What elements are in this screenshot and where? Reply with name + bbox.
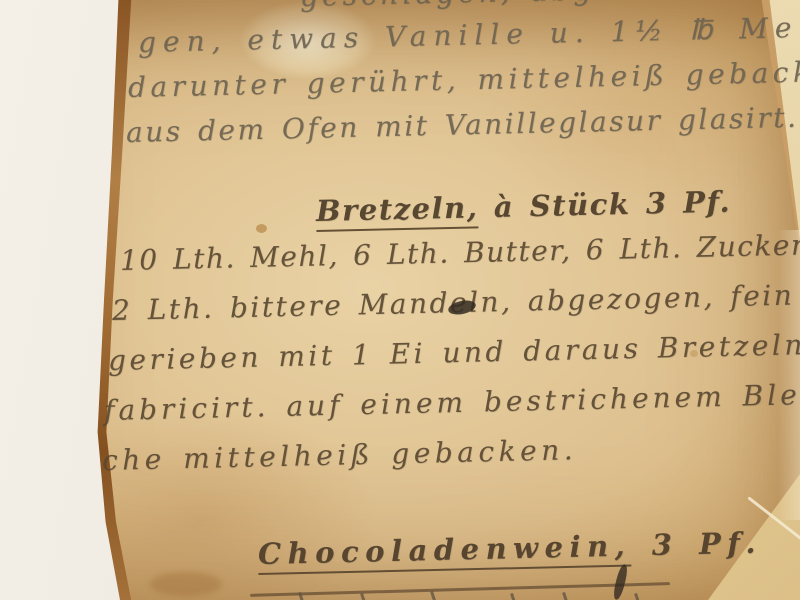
underlined-recipe-name: Bretzeln,: [316, 190, 479, 232]
pen-stroke: [562, 592, 569, 600]
recipe-price: à Stück 3 Pf.: [478, 185, 732, 225]
pen-stroke: [430, 591, 437, 600]
partial-line-strokes: [300, 590, 700, 600]
pen-stroke: [360, 593, 367, 600]
pen-stroke: [510, 593, 517, 600]
photo-of-handwritten-recipe-page: geschlagen, abgenommen, Eier geschla- ge…: [0, 0, 800, 600]
page-edge-light: [778, 230, 800, 520]
pen-stroke: [298, 592, 305, 600]
pen-stroke: [634, 593, 641, 600]
foxing-spot: [256, 224, 267, 233]
age-stain: [150, 572, 222, 596]
recipe-price: 3 Pf.: [631, 526, 762, 563]
